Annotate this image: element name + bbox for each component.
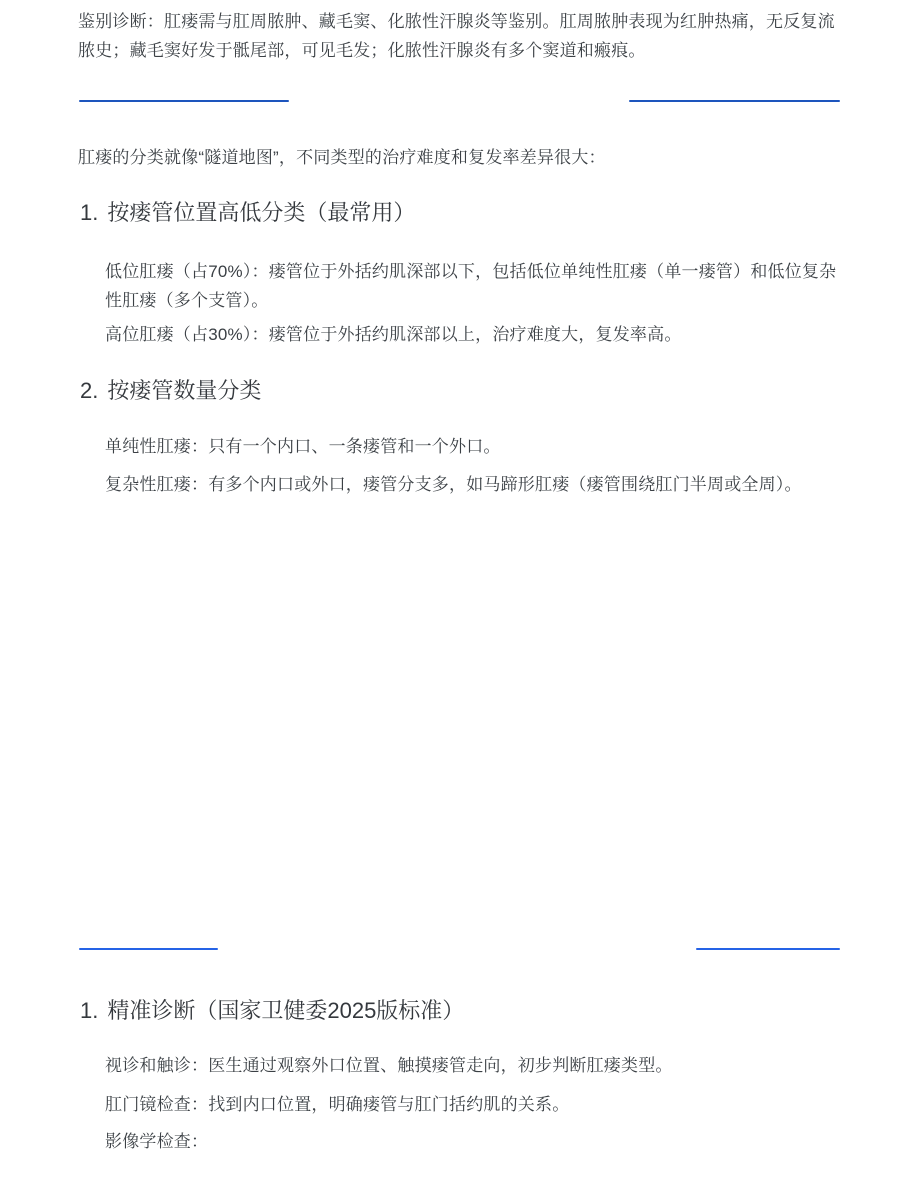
section-heading-precise-diagnosis: 1. 精准诊断（国家卫健委2025版标准） — [80, 996, 464, 1026]
section-heading-position-classification: 1. 按瘘管位置高低分类（最常用） — [80, 198, 415, 228]
diff-diagnosis-paragraph: 鉴别诊断：肛瘘需与肛周脓肿、藏毛窦、化脓性汗腺炎等鉴别。肛周脓肿表现为红肿热痛，… — [78, 7, 842, 65]
inspection-palpation-item: 视诊和触诊：医生通过观察外口位置、触摸瘘管走向，初步判断肛瘘类型。 — [105, 1051, 842, 1080]
heading-title: 按瘘管位置高低分类（最常用） — [107, 198, 415, 228]
divider-line-left — [79, 948, 218, 950]
document-page: 鉴别诊断：肛瘘需与肛周脓肿、藏毛窦、化脓性汗腺炎等鉴别。肛周脓肿表现为红肿热痛，… — [0, 0, 918, 1188]
heading-title: 精准诊断（国家卫健委2025版标准） — [107, 996, 464, 1026]
high-fistula-item: 高位肛瘘（占30%）：瘘管位于外括约肌深部以上，治疗难度大，复发率高。 — [105, 320, 842, 349]
heading-number: 1. — [80, 198, 98, 228]
simple-fistula-item: 单纯性肛瘘：只有一个内口、一条瘘管和一个外口。 — [105, 432, 842, 461]
anoscope-exam-item: 肛门镜检查：找到内口位置，明确瘘管与肛门括约肌的关系。 — [105, 1090, 842, 1119]
divider-line-right — [696, 948, 840, 950]
complex-fistula-item: 复杂性肛瘘：有多个内口或外口，瘘管分支多，如马蹄形肛瘘（瘘管围绕肛门半周或全周）… — [105, 470, 842, 499]
heading-title: 按瘘管数量分类 — [107, 376, 261, 406]
divider-line-right — [629, 100, 840, 102]
heading-number: 1. — [80, 996, 98, 1026]
heading-number: 2. — [80, 376, 98, 406]
divider-line-left — [79, 100, 289, 102]
low-fistula-item: 低位肛瘘（占70%）：瘘管位于外括约肌深部以下，包括低位单纯性肛瘘（单一瘘管）和… — [105, 257, 842, 315]
imaging-exam-item: 影像学检查： — [105, 1127, 842, 1156]
classification-intro-paragraph: 肛瘘的分类就像“隧道地图”，不同类型的治疗难度和复发率差异很大： — [78, 143, 842, 172]
section-heading-count-classification: 2. 按瘘管数量分类 — [80, 376, 261, 406]
